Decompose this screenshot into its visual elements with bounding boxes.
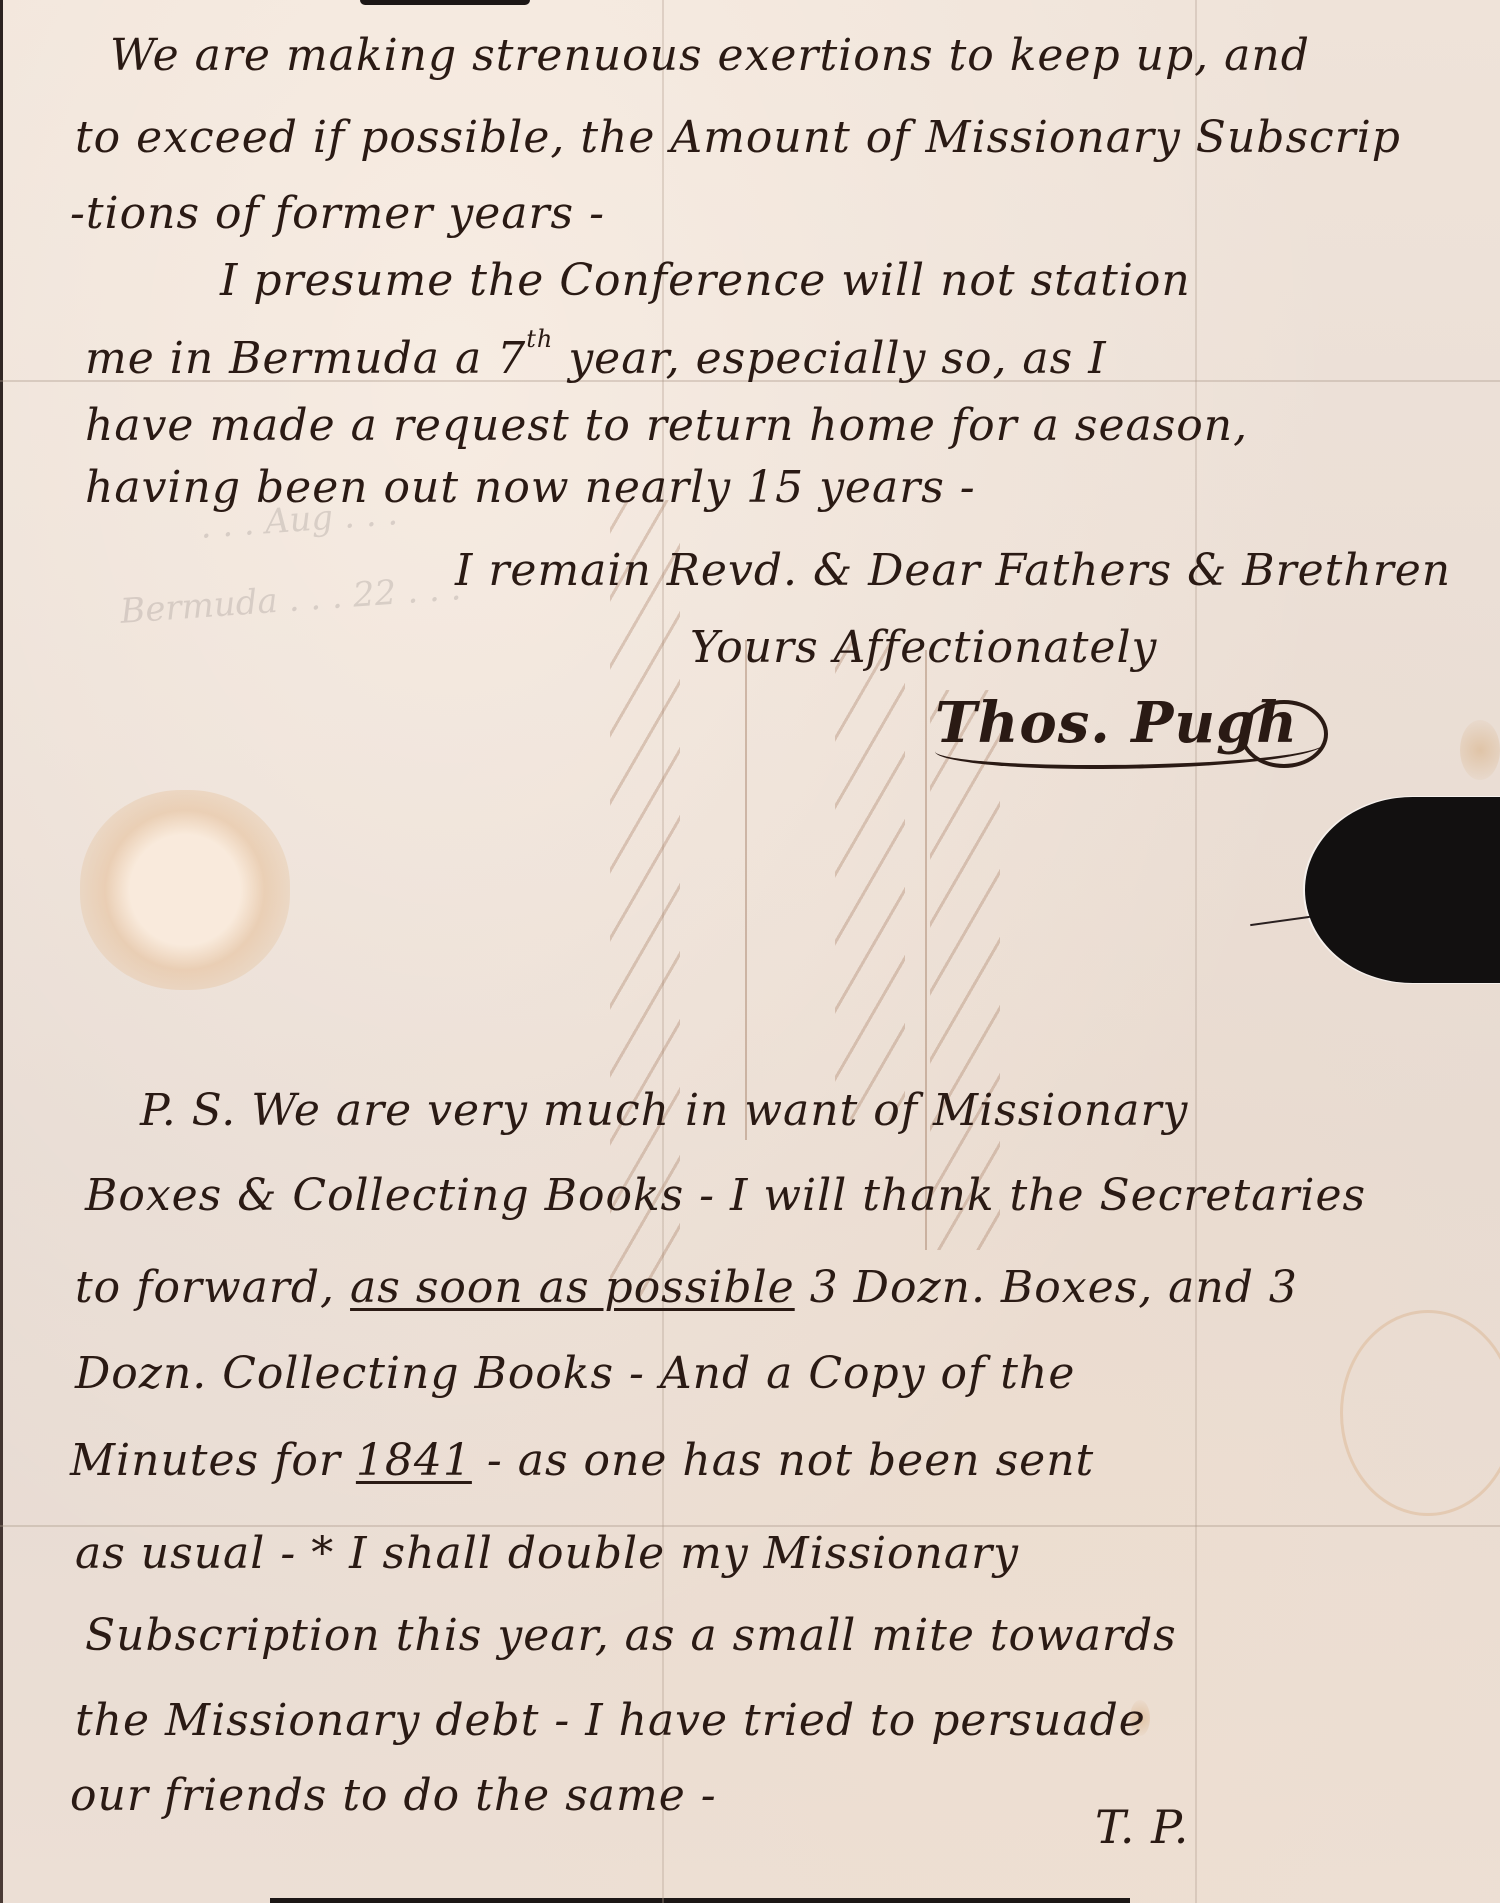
closing-salutation: I remain Revd. & Dear Fathers & Brethren — [455, 545, 1451, 596]
postscript-line: Dozn. Collecting Books - And a Copy of t… — [75, 1348, 1075, 1399]
postscript-line: to forward, as soon as possible 3 Dozn. … — [75, 1262, 1298, 1313]
postscript-line: Boxes & Collecting Books - I will thank … — [85, 1170, 1366, 1221]
letter-line: me in Bermuda a 7th year, especially so,… — [85, 325, 1107, 384]
line-text: - as one has not been sent — [472, 1435, 1094, 1486]
postscript-initials: T. P. — [1095, 1800, 1189, 1854]
letter-line: I presume the Conference will not statio… — [220, 255, 1191, 306]
postscript-line: P. S. We are very much in want of Missio… — [140, 1085, 1188, 1136]
signature-flourish-loop — [1240, 700, 1328, 768]
scan-edge-left — [0, 0, 3, 1903]
scan-edge-bottom — [270, 1898, 1130, 1903]
show-through-ink — [835, 640, 905, 1120]
closing-valediction: Yours Affectionately — [690, 622, 1157, 673]
underlined-text: as soon as possible — [350, 1262, 795, 1313]
line-text: year, especially so, as I — [553, 333, 1106, 384]
show-through-rule — [925, 650, 927, 1250]
line-text: to forward, — [75, 1262, 350, 1313]
show-through-ink — [930, 690, 1000, 1250]
line-text: me in Bermuda a 7 — [85, 333, 526, 384]
seal-stain — [80, 790, 290, 990]
line-text: 3 Dozn. Boxes, and 3 — [795, 1262, 1298, 1313]
letter-line: having been out now nearly 15 years - — [85, 462, 976, 513]
fold-line-horizontal — [0, 1525, 1500, 1527]
postscript-line: the Missionary debt - I have tried to pe… — [75, 1695, 1146, 1746]
letter-line: -tions of former years - — [70, 188, 605, 239]
postscript-line: Minutes for 1841 - as one has not been s… — [70, 1435, 1094, 1486]
postscript-line: Subscription this year, as a small mite … — [85, 1610, 1177, 1661]
letter-line: to exceed if possible, the Amount of Mis… — [75, 112, 1401, 163]
stain-spot — [1460, 720, 1500, 780]
scan-edge-top — [360, 0, 530, 5]
postscript-line: our friends to do the same - — [70, 1770, 717, 1821]
line-text: Minutes for — [70, 1435, 356, 1486]
postscript-line: as usual - * I shall double my Missionar… — [75, 1528, 1019, 1579]
underlined-year: 1841 — [356, 1435, 472, 1486]
letter-line: have made a request to return home for a… — [85, 400, 1248, 451]
ordinal-superscript: th — [526, 325, 553, 353]
letter-line: We are making strenuous exertions to kee… — [110, 30, 1310, 81]
fold-line-vertical — [1195, 0, 1197, 1903]
show-through-rule — [745, 640, 747, 1140]
